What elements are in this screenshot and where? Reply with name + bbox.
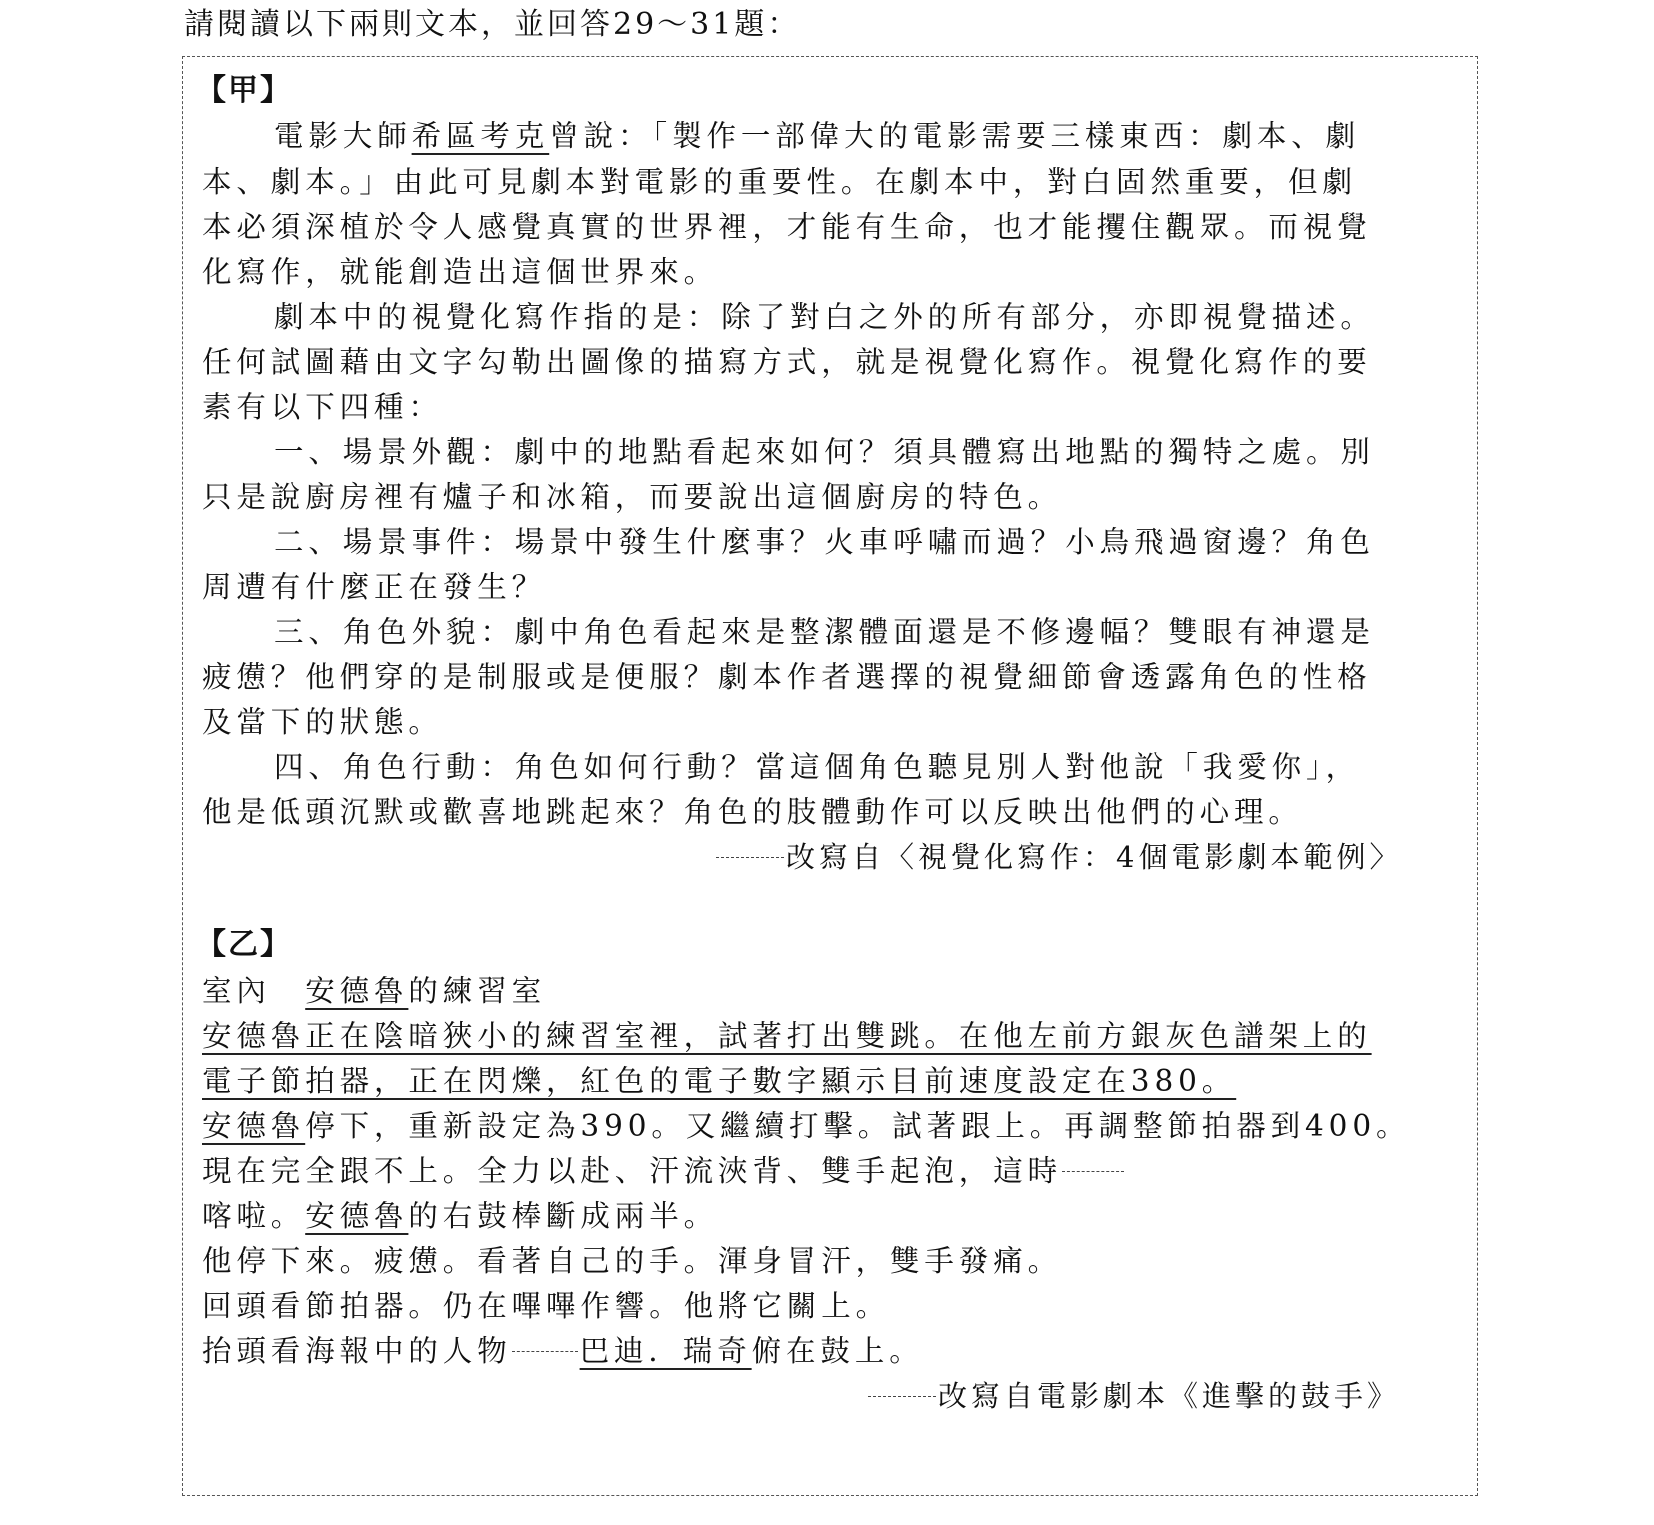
passage-a-line: 四、角色行動：角色如何行動？當這個角色聽見別人對他說「我愛你」， <box>274 744 1360 790</box>
em-dash-rule <box>868 1396 936 1397</box>
passage-a-line: 一、場景外觀：劇中的地點看起來如何？須具體寫出地點的獨特之處。別 <box>274 429 1375 475</box>
passage-b-line: 安德魯停下，重新設定為390。又繼續打擊。試著跟上。再調整節拍器到400。 <box>202 1103 1410 1149</box>
passage-b-source: 改寫自電影劇本《進擊的鼓手》 <box>868 1373 1400 1419</box>
text-segment: 停下，重新設定為390。又繼續打擊。試著跟上。再調整節拍器到400。 <box>305 1109 1410 1143</box>
underlined-description: 安德魯正在陰暗狹小的練習室裡，試著打出雙跳。在他左前方銀灰色譜架上的 <box>202 1019 1372 1053</box>
text-segment: 俯在鼓上。 <box>752 1334 924 1368</box>
passage-a-line: 本必須深植於令人感覺真實的世界裡，才能有生命，也才能攫住觀眾。而視覺 <box>202 204 1372 250</box>
passage-a-line: 三、角色外貌：劇中角色看起來是整潔體面還是不修邊幅？雙眼有神還是 <box>274 609 1375 655</box>
character-name-andrew: 安德魯 <box>305 974 408 1008</box>
passage-a-line: 任何試圖藉由文字勾勒出圖像的描寫方式，就是視覺化寫作。視覺化寫作的要 <box>202 339 1372 385</box>
character-name-andrew: 安德魯 <box>202 1109 305 1143</box>
text-segment: 現在完全跟不上。全力以赴、汗流浹背、雙手起泡，這時 <box>202 1154 1062 1188</box>
passage-a-line: 劇本中的視覺化寫作指的是：除了對白之外的所有部分，亦即視覺描述。 <box>274 294 1375 340</box>
passage-b-line: 安德魯正在陰暗狹小的練習室裡，試著打出雙跳。在他左前方銀灰色譜架上的 <box>202 1013 1372 1059</box>
passage-a-line: 電影大師希區考克曾說：「製作一部偉大的電影需要三樣東西：劇本、劇 <box>274 113 1360 159</box>
passage-a-line: 只是說廚房裡有爐子和冰箱，而要說出這個廚房的特色。 <box>202 474 1062 520</box>
passage-b-line: 電子節拍器，正在閃爍，紅色的電子數字顯示目前速度設定在380。 <box>202 1058 1236 1104</box>
person-name-hitchcock: 希區考克 <box>412 119 550 153</box>
text-segment: 抬頭看海報中的人物 <box>202 1334 512 1368</box>
source-text: 改寫自電影劇本《進擊的鼓手》 <box>938 1379 1400 1413</box>
em-dash-rule <box>512 1351 578 1352</box>
passage-a-line: 化寫作，就能創造出這個世界來。 <box>202 249 718 295</box>
em-dash-rule <box>716 857 784 858</box>
passage-a-line: 二、場景事件：場景中發生什麼事？火車呼嘯而過？小鳥飛過窗邊？角色 <box>274 519 1375 565</box>
text-segment: 喀啦。 <box>202 1199 305 1233</box>
text-segment: 的右鼓棒斷成兩半。 <box>408 1199 718 1233</box>
text-segment: 電影大師 <box>274 119 412 153</box>
passage-a-line: 疲憊？他們穿的是制服或是便服？劇本作者選擇的視覺細節會透露角色的性格 <box>202 654 1372 700</box>
scene-heading: 室內 安德魯的練習室 <box>202 968 546 1014</box>
passage-a-line: 素有以下四種： <box>202 384 443 430</box>
source-text: 改寫自〈視覺化寫作：4個電影劇本範例〉 <box>786 840 1402 874</box>
person-name-buddy-rich: 巴迪．瑞奇 <box>580 1334 752 1368</box>
passage-a-label: 【甲】 <box>196 68 292 114</box>
em-dash-rule <box>1062 1171 1124 1172</box>
question-instruction: 請閱讀以下兩則文本，並回答29～31題： <box>184 2 800 48</box>
character-name-andrew: 安德魯 <box>305 1199 408 1233</box>
passage-b-label: 【乙】 <box>196 922 292 968</box>
passage-a-source: 改寫自〈視覺化寫作：4個電影劇本範例〉 <box>716 834 1402 880</box>
passage-a-line: 及當下的狀態。 <box>202 699 443 745</box>
passage-b-line: 現在完全跟不上。全力以赴、汗流浹背、雙手起泡，這時 <box>202 1148 1126 1194</box>
text-segment: 的練習室 <box>408 974 546 1008</box>
passage-a-line: 他是低頭沉默或歡喜地跳起來？角色的肢體動作可以反映出他們的心理。 <box>202 789 1303 835</box>
text-segment: 室內 <box>202 974 305 1008</box>
passage-a-line: 本、劇本。」由此可見劇本對電影的重要性。在劇本中，對白固然重要，但劇 <box>202 159 1357 205</box>
passage-b-line: 回頭看節拍器。仍在嗶嗶作響。他將它關上。 <box>202 1283 890 1329</box>
passage-a-line: 周遭有什麼正在發生？ <box>202 564 546 610</box>
passage-b-line: 抬頭看海報中的人物巴迪．瑞奇俯在鼓上。 <box>202 1328 924 1374</box>
underlined-description: 電子節拍器，正在閃爍，紅色的電子數字顯示目前速度設定在380。 <box>202 1064 1236 1098</box>
passage-b-line: 他停下來。疲憊。看著自己的手。渾身冒汗，雙手發痛。 <box>202 1238 1062 1284</box>
text-segment: 曾說：「製作一部偉大的電影需要三樣東西：劇本、劇 <box>549 119 1360 153</box>
passage-b-line: 喀啦。安德魯的右鼓棒斷成兩半。 <box>202 1193 718 1239</box>
